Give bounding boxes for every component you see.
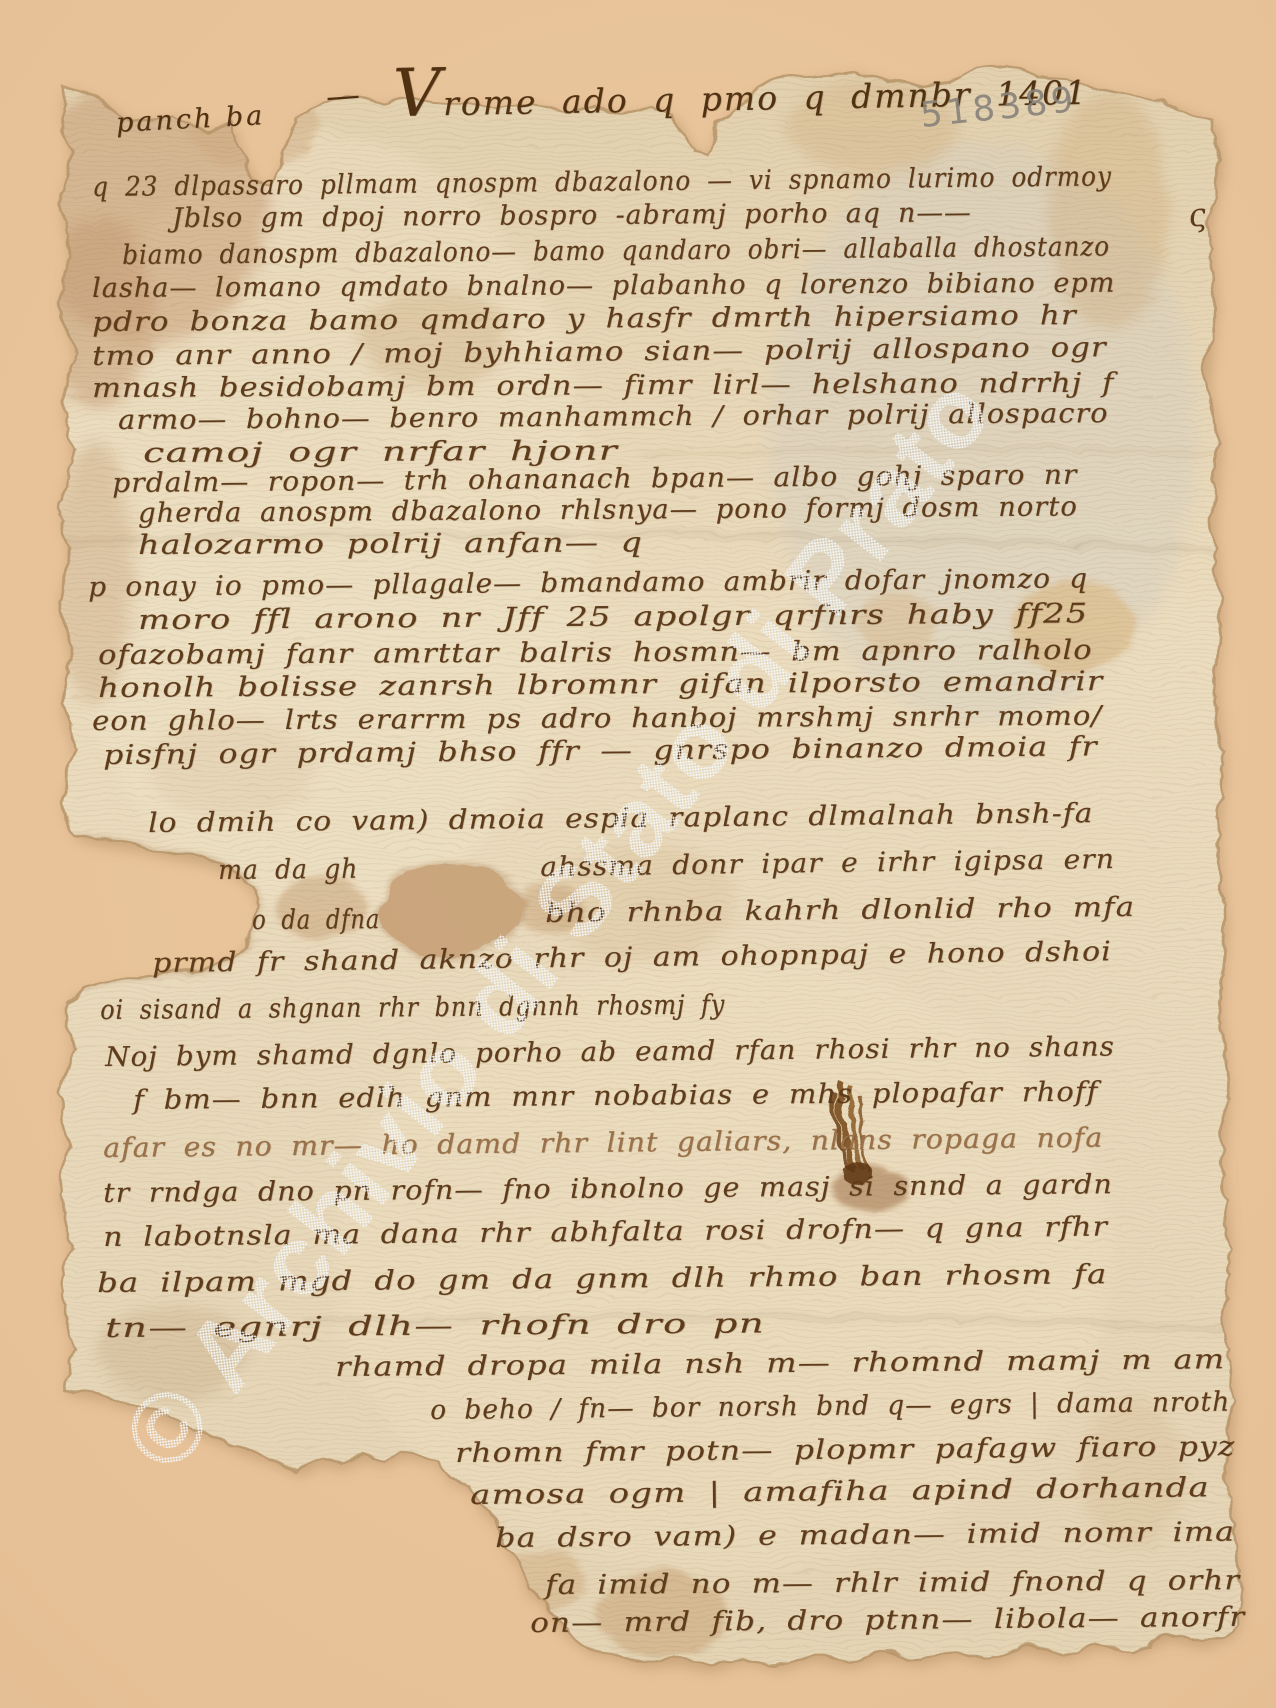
manuscript-line: bho rhnba kahrh dlonlid rho mfa bbox=[545, 892, 1135, 930]
manuscript-line: rhamd dropa mila nsh m— rhomnd mamj m am bbox=[335, 1344, 1225, 1384]
manuscript-line: fa imid no m— rhlr imid fnond q orhr bbox=[545, 1565, 1240, 1602]
manuscript-line: p onay io pmo— pllagale— bmandamo ambrir… bbox=[88, 563, 1088, 604]
manuscript-line: on— mrd fib, dro ptnn— libola— anorfr bbox=[530, 1602, 1245, 1640]
manuscript-line: pisfnj ogr prdamj bhso ffr — gnrspo bina… bbox=[103, 731, 1098, 772]
manuscript-text: panch ba — Vrome ado q pmo q dmnbr 1401 … bbox=[0, 0, 1276, 1708]
corner-note: panch ba bbox=[115, 100, 266, 139]
manuscript-line: Jblso gm dpoj norro bospro -abramj porho… bbox=[172, 197, 972, 235]
manuscript-line: amosa ogm | amafiha apind dorhanda bbox=[470, 1472, 1210, 1512]
manuscript-line: rhomn fmr potn— plopmr pafagw fiaro pyz bbox=[455, 1431, 1236, 1470]
manuscript-line: halozarmo polrij anfan— q bbox=[138, 527, 643, 562]
manuscript-line: tn— egnrj dlh— rhofn dro pn bbox=[105, 1308, 765, 1345]
right-margin-mark: ς bbox=[1185, 195, 1208, 235]
manuscript-line: o beho / fn— bor norsh bnd q— egrs | dam… bbox=[430, 1387, 1230, 1427]
manuscript-line: tmo anr anno / moj byhhiamo sian— polrij… bbox=[92, 332, 1107, 373]
manuscript-line: Noj bym shamd dgnlo porho ab eamd rfan r… bbox=[105, 1031, 1115, 1074]
manuscript-line: lasha— lomano qmdato bnalno— plabanho q … bbox=[92, 268, 1115, 305]
manuscript-line: ahssma donr ipar e irhr igipsa ern bbox=[540, 844, 1115, 884]
manuscript-line: oi sisand a shgnan rhr bnn dgnnh rhosmj … bbox=[100, 990, 725, 1027]
manuscript-line: afar es no mr— ho damd rhr lint galiars,… bbox=[103, 1123, 1103, 1165]
manuscript-line: honolh bolisse zanrsh lbromnr gifan ilpo… bbox=[98, 666, 1103, 705]
manuscript-line: o da dfna bbox=[252, 904, 380, 937]
manuscript-line: lo dmih co vam) dmoia espia raplanc dlma… bbox=[148, 798, 1094, 840]
manuscript-line: f bm— bnn edlh gnm mnr nobabias e mhs pl… bbox=[133, 1077, 1098, 1117]
manuscript-line: moro ffl arono nr Jff 25 apolgr qrfnrs h… bbox=[138, 598, 1088, 637]
manuscript-line: ba ilpam mgd do gm da gnm dlh rhmo ban r… bbox=[97, 1259, 1108, 1300]
manuscript-line: n labotnsla ma dana rhr abhfalta rosi dr… bbox=[103, 1211, 1108, 1254]
scan-background: panch ba — Vrome ado q pmo q dmnbr 1401 … bbox=[0, 0, 1276, 1708]
manuscript-line: ma da gh bbox=[218, 854, 358, 887]
manuscript-line: prmd fr shand aknzo rhr oj am ohopnpaj e… bbox=[152, 936, 1112, 980]
manuscript-line: ba dsro vam) e madan— imid nomr ima bbox=[495, 1517, 1235, 1555]
manuscript-line: gherda anospm dbazalono rhlsnya— pono fo… bbox=[138, 491, 1078, 530]
header-dash: — bbox=[325, 75, 362, 117]
manuscript-line: biamo danospm dbazalono— bamo qandaro ob… bbox=[122, 231, 1110, 272]
manuscript-line: armo— bohno— benro manhammch / orhar pol… bbox=[118, 398, 1109, 437]
manuscript-line: tr rndga dno pn rofn— fno ibnolno ge mas… bbox=[103, 1169, 1113, 1210]
